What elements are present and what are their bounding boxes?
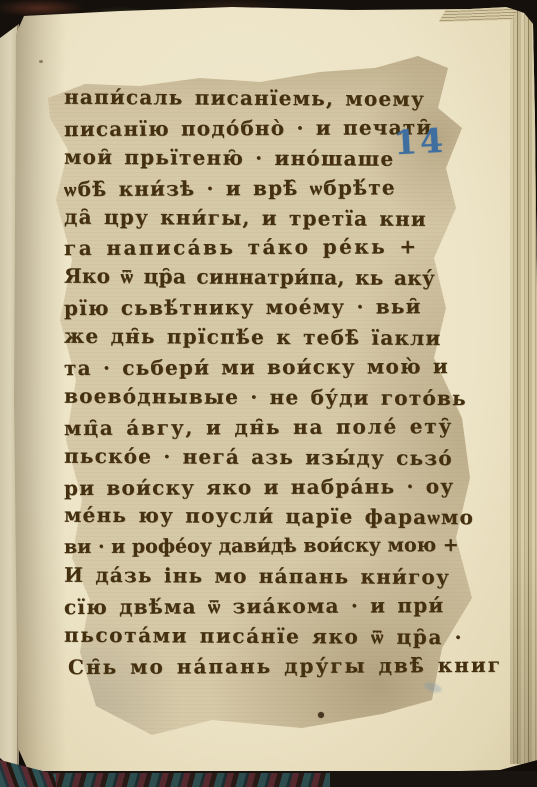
manuscript-line: да̑ цру кни́гы, и третїа кни — [64, 202, 484, 234]
manuscript-line: та · сьбери́ ми вои́ску мою̀ и — [64, 352, 484, 384]
book-cover-bottom-edge — [0, 771, 537, 787]
manuscript-line: И да́зь інь мо на́пань кни́гоу — [64, 561, 484, 593]
manuscript-line: ри вои́ску яко и набра́нь · оу — [64, 471, 484, 503]
manuscript-line: же дн̑ь прїспѣ́е к тебѣ̑ їакли — [64, 322, 484, 354]
page-fore-edge-stack — [510, 8, 537, 764]
paper-speck — [39, 60, 43, 63]
manuscript-line: сїю двѣ́ма ѿ зиа́кома · и при́ — [64, 591, 484, 623]
manuscript-line: напи́саль писанїемь, моему — [64, 83, 484, 115]
manuscript-line: ѡбѣ̑ кни́зѣ · и врѣ̑ ѡбрѣ́те — [64, 173, 484, 205]
manuscript-line: пьско́е · нега́ азь изы́ду сьзо́ — [64, 441, 484, 473]
manuscript-line: мц̑а а́вгу, и дн̑ь на поле́ ету̑ — [64, 412, 484, 444]
book-page: напи́саль писанїемь, моему писанїю подо́… — [0, 0, 537, 787]
manuscript-photograph: напи́саль писанїемь, моему писанїю подо́… — [0, 0, 537, 787]
manuscript-line: рїю сьвѣ́тнику мое́му · вьи̑ — [64, 292, 484, 324]
manuscript-line: пьсота́ми писа́нїе яко ѿ цр̑а · — [64, 621, 484, 653]
manuscript-text: напи́саль писанїемь, моему писанїю подо́… — [64, 84, 484, 682]
manuscript-line: Яко ѿ цр̑а синнатри́па, кь аку́ — [64, 262, 484, 294]
ink-blot — [318, 712, 324, 718]
manuscript-line: ме́нь юу поусли́ царїе фараѡмо — [64, 501, 484, 533]
folio-number-stamp: 14 — [393, 121, 447, 163]
manuscript-line: воево́днывые · не бу́ди гото́вь — [64, 382, 484, 414]
manuscript-line: ви · и рофе́оу дави́дѣ вои́ску мою + — [64, 531, 484, 563]
manuscript-line: Сн̑ь мо на́пань дру́гы двѣ̑ книг — [68, 651, 484, 683]
manuscript-line: га написа́вь та́ко ре́кь + — [64, 232, 484, 264]
